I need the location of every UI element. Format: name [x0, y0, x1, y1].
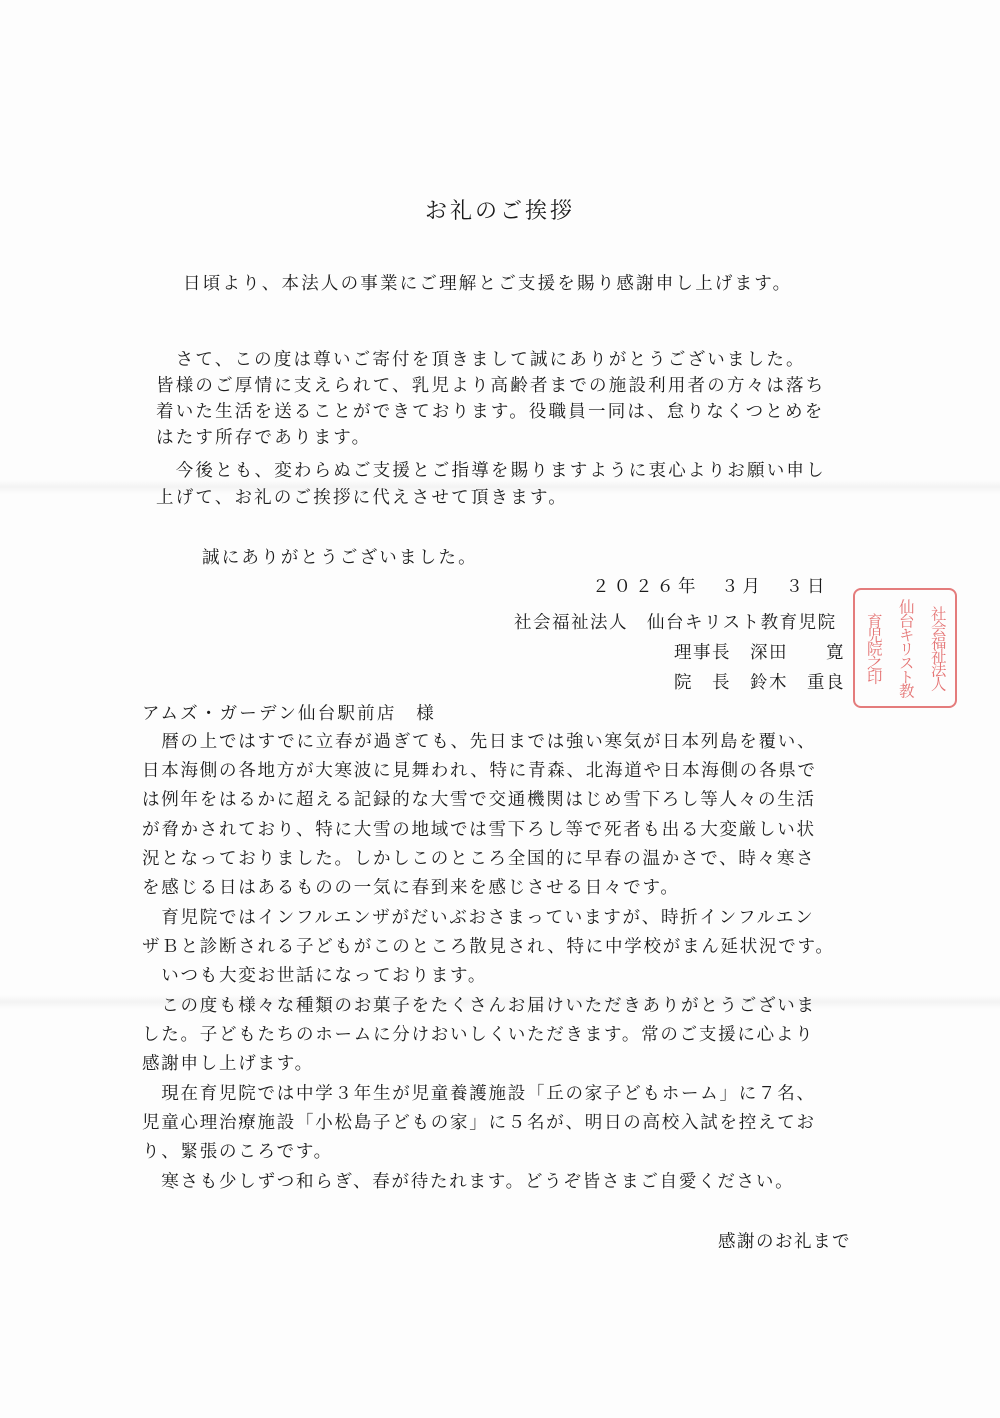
- seal-text: 社会福祉法人: [929, 593, 945, 703]
- sign-off: 感謝のお礼まで: [718, 1228, 851, 1253]
- body-line: この度も様々な種類のお菓子をたくさんお届けいただきありがとうございま: [142, 992, 816, 1017]
- closing-line: 誠にありがとうございました。: [202, 544, 478, 569]
- body-line: を感じる日はあるものの一気に春到来を感じさせる日々です。: [142, 874, 680, 899]
- para1-line: 着いた生活を送ることができております。役職員一同は、怠りなくつとめを: [156, 398, 824, 423]
- para2-line: 今後とも、変わらぬご支援とご指導を賜りますように衷心よりお願い申し: [156, 457, 826, 482]
- signature-director: 院 長 鈴木 重良: [674, 669, 845, 694]
- para1-line: はたす所存であります。: [156, 424, 371, 449]
- para1-line: さて、この度は尊いご寄付を頂きまして誠にありがとうございました。: [156, 346, 806, 371]
- signature-chairman: 理事長 深田 寛: [674, 639, 845, 664]
- addressee: アムズ・ガーデン仙台駅前店 様: [142, 700, 436, 725]
- body-line: 日本海側の各地方が大寒波に見舞われ、特に青森、北海道や日本海側の各県で: [142, 757, 817, 782]
- body-line: が脅かされており、特に大雪の地域では雪下ろし等で死者も出る大変厳しい状: [142, 816, 816, 841]
- letter-title: お礼のご挨拶: [0, 194, 1000, 225]
- para2-line: 上げて、お礼のご挨拶に代えさせて頂きます。: [156, 484, 568, 509]
- body-line: り、緊張のころです。: [142, 1138, 333, 1163]
- body-line: した。子どもたちのホームに分けおいしくいただきます。常のご支援に心より: [142, 1021, 814, 1046]
- body-line: ザＢと診断される子どもがこのところ散見され、特に中学校がまん延状況です。: [142, 933, 835, 958]
- body-line: 感謝申し上げます。: [142, 1050, 314, 1075]
- body-line: は例年をはるかに超える記録的な大雪で交通機関はじめ雪下ろし等人々の生活: [142, 786, 816, 811]
- body-line: 現在育児院では中学３年生が児童養護施設「丘の家子どもホーム」に７名、: [142, 1080, 816, 1105]
- seal-text: 育児院之印: [865, 593, 881, 703]
- body-line: 寒さも少しずつ和らぎ、春が待たれます。どうぞ皆さまご自愛ください。: [142, 1168, 794, 1193]
- greeting-line: 日頃より、本法人の事業にご理解とご支援を賜り感謝申し上げます。: [183, 270, 792, 295]
- seal-text: 仙台キリスト教: [897, 593, 913, 703]
- body-line: 育児院ではインフルエンザがだいぶおさまっていますが、時折インフルエン: [142, 904, 814, 929]
- letter-page: お礼のご挨拶 日頃より、本法人の事業にご理解とご支援を賜り感謝申し上げます。 さ…: [0, 0, 1000, 1418]
- letter-date: ２０２６年 ３月 ３日: [592, 573, 829, 598]
- para1-line: 皆様のご厚情に支えられて、乳児より高齢者までの施設利用者の方々は落ち: [156, 372, 825, 397]
- body-line: 暦の上ではすでに立春が過ぎても、先日までは強い寒気が日本列島を覆い、: [142, 728, 816, 753]
- body-line: 児童心理治療施設「小松島子どもの家」に５名が、明日の高校入試を控えてお: [142, 1109, 816, 1134]
- signature-organization: 社会福祉法人 仙台キリスト教育児院: [514, 609, 837, 634]
- official-seal: 社会福祉法人 仙台キリスト教 育児院之印: [853, 588, 957, 708]
- body-line: いつも大変お世話になっております。: [142, 962, 487, 987]
- body-line: 況となっておりました。しかしこのところ全国的に早春の温かさで、時々寒さ: [142, 845, 815, 870]
